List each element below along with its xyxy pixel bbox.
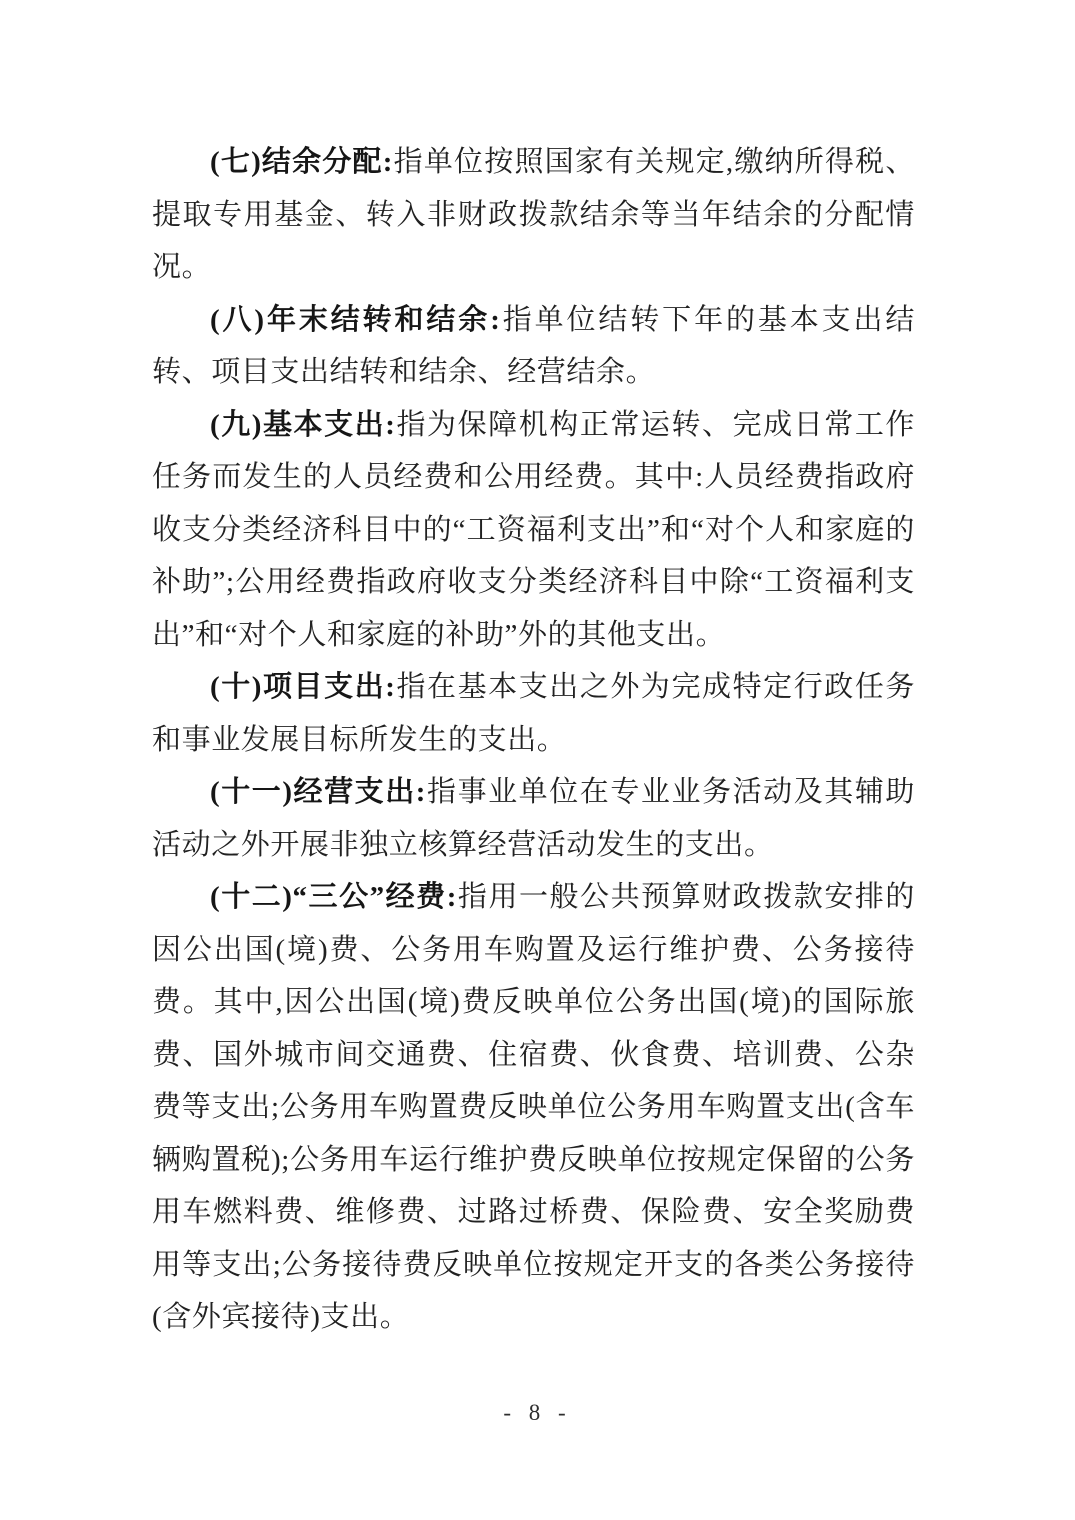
paragraph-item-12: (十二)“三公”经费:指用一般公共预算财政拨款安排的因公出国(境)费、公务用车购… bbox=[152, 871, 915, 1344]
document-page: (七)结余分配:指单位按照国家有关规定,缴纳所得税、提取专用基金、转入非财政拨款… bbox=[0, 0, 1075, 1520]
term-label-9: (九)基本支出: bbox=[210, 409, 396, 441]
page-number: - 8 - bbox=[0, 1400, 1075, 1426]
term-label-12: (十二)“三公”经费: bbox=[210, 881, 457, 913]
document-body: (七)结余分配:指单位按照国家有关规定,缴纳所得税、提取专用基金、转入非财政拨款… bbox=[152, 136, 915, 1344]
paragraph-item-9: (九)基本支出:指为保障机构正常运转、完成日常工作任务而发生的人员经费和公用经费… bbox=[152, 399, 915, 662]
paragraph-item-8: (八)年末结转和结余:指单位结转下年的基本支出结转、项目支出结转和结余、经营结余… bbox=[152, 294, 915, 399]
term-label-11: (十一)经营支出: bbox=[210, 776, 426, 808]
term-label-8: (八)年末结转和结余: bbox=[210, 304, 500, 336]
term-label-7: (七)结余分配: bbox=[210, 146, 393, 178]
paragraph-item-7: (七)结余分配:指单位按照国家有关规定,缴纳所得税、提取专用基金、转入非财政拨款… bbox=[152, 136, 915, 294]
paragraph-item-11: (十一)经营支出:指事业单位在专业业务活动及其辅助活动之外开展非独立核算经营活动… bbox=[152, 766, 915, 871]
paragraph-body-12: 指用一般公共预算财政拨款安排的因公出国(境)费、公务用车购置及运行维护费、公务接… bbox=[152, 881, 915, 1333]
term-label-10: (十)项目支出: bbox=[210, 671, 396, 703]
paragraph-body-9: 指为保障机构正常运转、完成日常工作任务而发生的人员经费和公用经费。其中:人员经费… bbox=[152, 409, 915, 651]
paragraph-item-10: (十)项目支出:指在基本支出之外为完成特定行政任务和事业发展目标所发生的支出。 bbox=[152, 661, 915, 766]
